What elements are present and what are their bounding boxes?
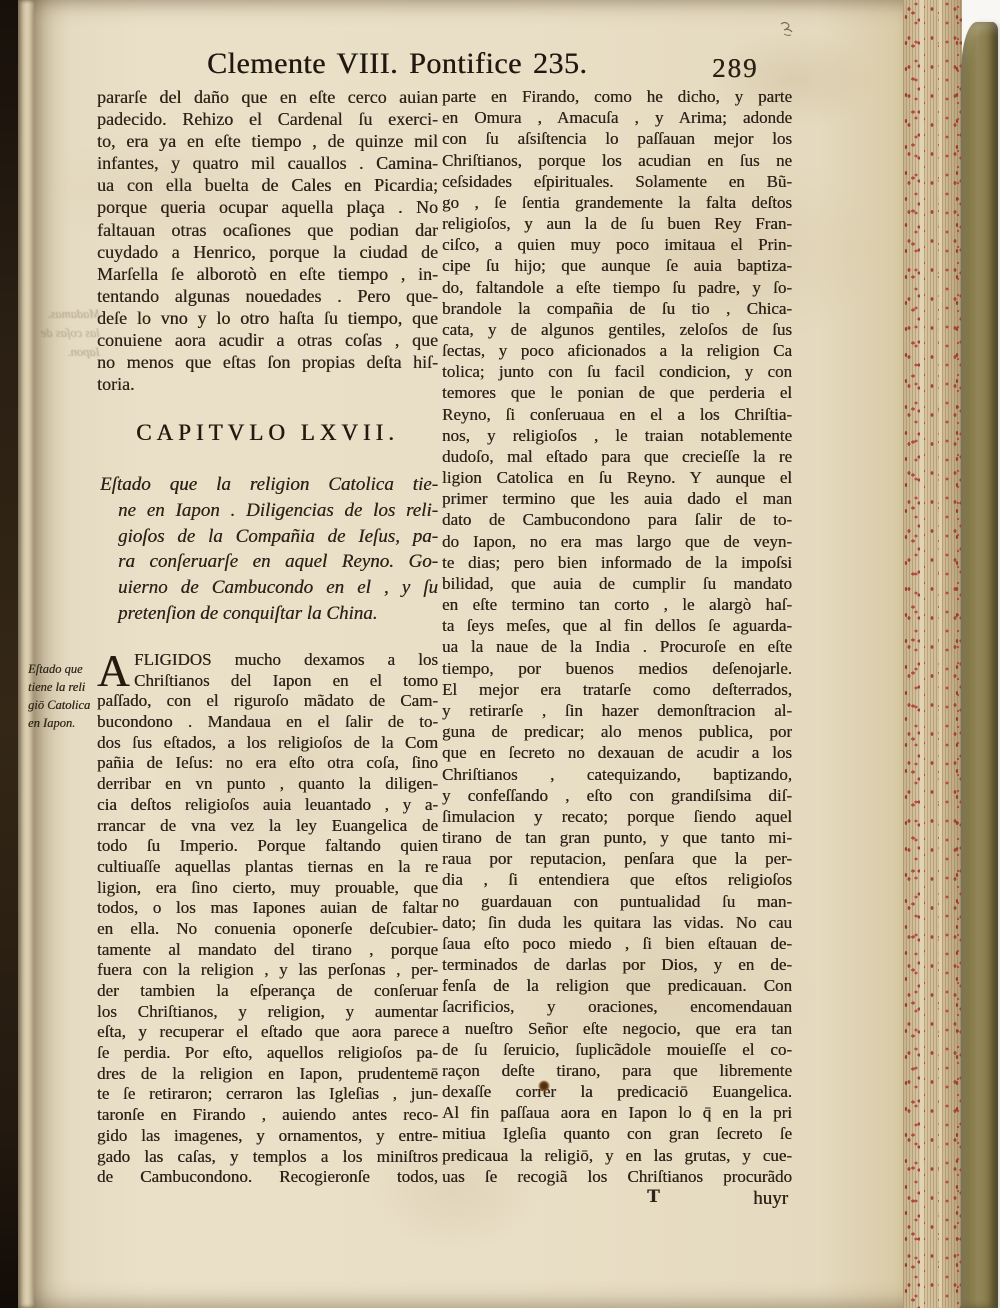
text-line: todos, o los mas Iapones auian de faltar bbox=[97, 898, 438, 919]
text-line: El mejor era tratarſe como deſterrados, bbox=[442, 679, 792, 700]
text-line: bucondono . Mandaua en el ſalir de to- bbox=[97, 712, 438, 733]
text-line: toria. bbox=[97, 373, 438, 395]
text-line: dudoſo, mal eſtado para que crecieſſe la… bbox=[442, 446, 792, 467]
text-line: uierno de Cambucondo en el , y ſu bbox=[100, 575, 438, 601]
text-line: pretenſion de conquiſtar la China. bbox=[100, 601, 438, 627]
text-line: en eſte termino tan corto , le alargò ha… bbox=[442, 594, 792, 615]
text-line: ligion Catolica en ſu Reyno. Y aunque el bbox=[442, 467, 792, 488]
text-line: derribar en vn punto , quanto la diligen… bbox=[97, 774, 438, 795]
chapter-body-lines: FLIGIDOS mucho dexamos a losChriſtianos … bbox=[97, 650, 438, 1188]
text-line: tiempo, por buenos medios deſenojarle. bbox=[442, 658, 792, 679]
text-line: y retirarſe , ſin hazer demonſtracion al… bbox=[442, 700, 792, 721]
signature-mark: T bbox=[647, 1186, 660, 1208]
text-line: eſta, y recuperar el eſtado que aora par… bbox=[97, 1022, 438, 1043]
text-line: do, faltandole a eſte tiempo ſu padre, y… bbox=[442, 277, 792, 298]
text-line: con ſu aſsiſtencia lo paſſauan mejor los bbox=[442, 128, 792, 149]
text-line: ligion, era ſino cierto, muy prouable, q… bbox=[97, 878, 438, 899]
text-line: tiene la reli bbox=[28, 678, 106, 696]
margin-note: Eſtado quetiene la religiō Catolicaen Ia… bbox=[28, 660, 106, 732]
text-line: guna de predicar; alo menos publica, por bbox=[442, 721, 792, 742]
text-line: ua la naue de la India . Procuroſe en eſ… bbox=[442, 636, 792, 657]
text-line: pararſe del daño que en eſte cerco auian bbox=[97, 86, 438, 108]
text-line: terminados de darlas por Dios, y en de- bbox=[442, 954, 792, 975]
text-line: de ſu ſeruicio, ſuplicãdole mouieſſe el … bbox=[442, 1039, 792, 1060]
text-line: Iapon. bbox=[24, 343, 100, 362]
text-line: cata, y de algunos gentiles, zeloſos de … bbox=[442, 319, 792, 340]
text-line: nos, y religioſos , le traian notablemen… bbox=[442, 425, 792, 446]
chapter-argument: Eſtado que la religion Catolica tie-ne e… bbox=[100, 472, 438, 627]
text-line: temores que le ponian de que perderia el bbox=[442, 382, 792, 403]
text-line: Chriſtianos del Iapon en el tomo bbox=[134, 671, 438, 692]
text-line: Eſtado que la religion Catolica tie- bbox=[100, 472, 438, 498]
text-line: tentando algunas nouedades . Pero que- bbox=[97, 285, 438, 307]
text-line: Al fin paſſaua aora en Iapon lo q̄ en la… bbox=[442, 1102, 792, 1123]
text-line: cultiuaſſe aquellas plantas tiernas en l… bbox=[97, 857, 438, 878]
text-line: cuydado a Henrico, porque la ciudad de bbox=[97, 241, 438, 263]
text-line: dres de la religion en Iapon, prudentemē bbox=[97, 1064, 438, 1085]
text-line: gado las caſas, y templos a los miniſtro… bbox=[97, 1147, 438, 1168]
text-line: Reyno, ſi conſeruaua en el a los Chriſti… bbox=[442, 404, 792, 425]
text-line: Marſella ſe alborotò en eſte tiempo , in… bbox=[97, 263, 438, 285]
binding-gutter bbox=[0, 0, 20, 1308]
text-line: mitiua Igleſia quanto con gran ſecreto ſ… bbox=[442, 1123, 792, 1144]
text-line: giō Catolica bbox=[28, 696, 106, 714]
text-line: te ſe retiraron; cerraron las Igleſias ,… bbox=[97, 1084, 438, 1105]
text-line: los Chriſtianos, y religion, y aumentar bbox=[97, 1002, 438, 1023]
text-line: ſaua eſto poco miedo , ſi bien eſtauan d… bbox=[442, 933, 792, 954]
text-line: en ella. No conuenia oponerſe deſcubier- bbox=[97, 919, 438, 940]
text-line: go , ſe ſentia grandemente la falta deſt… bbox=[442, 192, 792, 213]
text-line: faltauan otras ocaſiones que podian dar bbox=[97, 219, 438, 241]
left-column-paragraph: pararſe del daño que en eſte cerco auian… bbox=[97, 86, 438, 395]
text-line: Chriſtianos , catequizando, baptizando, bbox=[442, 764, 792, 785]
text-line: conuiene aora acudir a otras coſas , que bbox=[97, 329, 438, 351]
text-line: dos ſus eſtados, a los religioſos de la … bbox=[97, 733, 438, 754]
text-line: ra conſeruarſe en aquel Reyno. Go- bbox=[100, 549, 438, 575]
text-line: Madamas. bbox=[24, 305, 100, 324]
text-line: tolica; junto con ſu facil condicion, y … bbox=[442, 361, 792, 382]
text-line: ne en Iapon . Diligencias de los reli- bbox=[100, 498, 438, 524]
text-line: gioſos de la Compañia de Ieſus, pa- bbox=[100, 524, 438, 550]
text-line: raua por reputacion, penſara que la per- bbox=[442, 848, 792, 869]
text-line: predicaua la religiō, y en las grutas, y… bbox=[442, 1145, 792, 1166]
text-line: religioſos, y aun la de ſu buen Rey Fran… bbox=[442, 213, 792, 234]
text-line: de Cambucondono. Recogieronſe todos, bbox=[97, 1167, 438, 1188]
vellum-cover bbox=[961, 22, 998, 1308]
direction-line: T huyr bbox=[442, 1186, 792, 1210]
chapter-heading: CAPITVLO LXVII. bbox=[97, 420, 438, 446]
text-line: a nueſtro Señor eſte negocio, que era ta… bbox=[442, 1018, 792, 1039]
text-line: tamente al mandato del tirano , porque bbox=[97, 940, 438, 961]
text-line: dato de Cambucondono para ſalir de to- bbox=[442, 509, 792, 530]
text-line: dexaſſe correr la predicaciō Euangelica. bbox=[442, 1081, 792, 1102]
text-line: padecido. Rehizo el Cardenal ſu exerci- bbox=[97, 108, 438, 130]
ink-spot bbox=[538, 1080, 550, 1092]
text-line: en Omura , Amacuſa , y Arima; adonde bbox=[442, 107, 792, 128]
page-number: 289 bbox=[712, 53, 759, 84]
text-line: ceſsidades eſpirituales. Solamente en Bũ… bbox=[442, 171, 792, 192]
sprinkled-fore-edge bbox=[903, 0, 962, 1308]
text-line: fuera con la religion , y las perſonas ,… bbox=[97, 960, 438, 981]
right-column-paragraph: parte en Firando, como he dicho, y parte… bbox=[442, 86, 792, 1187]
running-title: Clemente VIII. Pontifice 235. bbox=[207, 47, 587, 81]
text-line: ſacrificios, y oraciones, encomendauan bbox=[442, 996, 792, 1017]
text-line: gido las imagenes, y ornamentos, y entre… bbox=[97, 1126, 438, 1147]
book-photo: Clemente VIII. Pontifice 235. 289 Madama… bbox=[0, 0, 1000, 1308]
text-line: todo ſu Imperio. Porque faltando quien bbox=[97, 836, 438, 857]
text-line: parte en Firando, como he dicho, y parte bbox=[442, 86, 792, 107]
text-line: fenſa de la religion que predicauan. Con bbox=[442, 975, 792, 996]
text-line: pañia de Ieſus: no era eſto otra coſa, ſ… bbox=[97, 753, 438, 774]
showthrough-note: Madamas.las coſas deIapon. bbox=[24, 305, 100, 362]
text-line: FLIGIDOS mucho dexamos a los bbox=[134, 650, 438, 671]
text-line: to, era ya en eſte tiempo , de quinze mi… bbox=[97, 130, 438, 152]
text-line: tirano de tan gran punto, y que tanto mi… bbox=[442, 827, 792, 848]
text-line: bilidad, que auia de cumplir ſu mandato bbox=[442, 573, 792, 594]
text-line: uas ſe recogiã los Chriſtianos procurãdo bbox=[442, 1166, 792, 1187]
text-line: ta ſeys meſes, que al fin dellos ſe agua… bbox=[442, 615, 792, 636]
text-line: que en ſecreto no dexauan de acudir a lo… bbox=[442, 742, 792, 763]
text-line: taronſe en Firando , auiendo antes reco- bbox=[97, 1105, 438, 1126]
text-line: infantes, y quatro mil cauallos . Camina… bbox=[97, 152, 438, 174]
text-line: cia deſtos religioſos auia leuantado , y… bbox=[97, 795, 438, 816]
text-line: Eſtado que bbox=[28, 660, 106, 678]
text-line: no menos que eſtas ſon propias deſta hiſ… bbox=[97, 351, 438, 373]
text-line: brandole la compañia de ſu tio , Chica- bbox=[442, 298, 792, 319]
handwritten-mark bbox=[778, 20, 798, 42]
text-line: dia , ſi entendiera que eſtos religioſos bbox=[442, 869, 792, 890]
text-line: cipe ſu hijo; que aunque ſe auia baptiza… bbox=[442, 255, 792, 276]
text-line: y confeſſando , eſto con grandiſsima diſ… bbox=[442, 785, 792, 806]
text-line: Chriſtianos, porque los acudian en ſus n… bbox=[442, 150, 792, 171]
text-line: dato; ſin duda les quitara las vidas. No… bbox=[442, 912, 792, 933]
text-line: do Iapon, no era mas largo que de veyn- bbox=[442, 531, 792, 552]
text-line: ciſco, a quien muy poco imitaua el Prin- bbox=[442, 234, 792, 255]
chapter-body-paragraph: A FLIGIDOS mucho dexamos a losChriſtiano… bbox=[97, 650, 438, 1188]
text-line: raçon deſte tirano, para que libremente bbox=[442, 1060, 792, 1081]
text-line: ſectas, y poco aficionados a la religion… bbox=[442, 340, 792, 361]
text-line: ſimulacion y recato; porque ſiendo aquel bbox=[442, 806, 792, 827]
text-line: rrancar de vna vez la ley Euangelica de bbox=[97, 816, 438, 837]
text-line: no guardauan con puntualidad ſu man- bbox=[442, 891, 792, 912]
text-line: las coſas de bbox=[24, 324, 100, 343]
text-line: primer termino que les auia dado el man bbox=[442, 488, 792, 509]
catchword: huyr bbox=[753, 1188, 788, 1210]
text-line: deſe lo vno y lo otro haſta ſu tiempo, q… bbox=[97, 307, 438, 329]
text-line: der tambien la eſperança de conſeruar bbox=[97, 981, 438, 1002]
text-line: ſe perdia. Por eſto, aquellos religioſos… bbox=[97, 1043, 438, 1064]
text-line: ua con ella buelta de Cales en Picardia; bbox=[97, 174, 438, 196]
text-line: en Iapon. bbox=[28, 714, 106, 732]
text-line: paſſado, con el riguroſo mãdato de Cam- bbox=[97, 691, 438, 712]
text-line: te dias; pero bien informado de la impoſ… bbox=[442, 552, 792, 573]
text-line: porque queria ocupar aquella plaça . No bbox=[97, 196, 438, 218]
